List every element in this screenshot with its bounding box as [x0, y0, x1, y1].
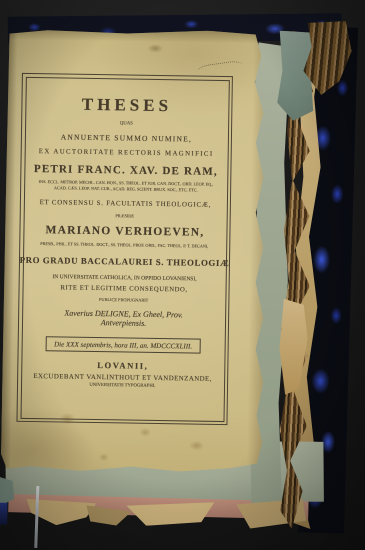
defense-date-box: Die XXX septembris, hora III, an. MDCCCX…: [46, 336, 200, 353]
pencil-scribble: [196, 60, 243, 77]
foxing-spot: [99, 453, 109, 461]
candidate-province-line: Antverpiensis.: [101, 320, 147, 330]
praeside-label: PRÆSIDE: [116, 214, 135, 219]
foxing-spot: [139, 428, 151, 437]
paper-tatter: [126, 502, 216, 527]
quas-line: QUAS: [120, 121, 133, 126]
stain: [147, 44, 163, 53]
page-left-shadow: [1, 24, 18, 472]
rector-name: PETRI FRANC. XAV. DE RAM,: [34, 163, 218, 178]
imprint-role: UNIVERSITATIS TYPOGRAPHI.: [89, 383, 155, 389]
degree-line: PRO GRADU BACCALAUREI S. THEOLOGIÆ: [20, 256, 230, 269]
thesis-title: THESES: [82, 95, 172, 115]
foxing-spot: [189, 441, 204, 451]
imprint-printer: EXCUDEBANT VANLINTHOUT ET VANDENZANDE,: [33, 373, 212, 383]
rite-line: RITE ET LEGITIME CONSEQUENDO,: [60, 284, 187, 293]
blue-fragment-bottom-left: [0, 503, 7, 525]
defense-label: PUBLICE PROPUGNABIT: [99, 298, 148, 304]
praeses-titles: PRESB., PHIL. ET SS. THEOL. DOCT., SS. T…: [41, 242, 209, 249]
authority-line: EX AUCTORITATE RECTORIS MAGNIFICI: [39, 148, 214, 158]
university-line: IN UNIVERSITATE CATHOLICA, IN OPPIDO LOV…: [52, 274, 196, 282]
photo-of-book: THESES QUAS ANNUENTE SUMMO NUMINE, EX AU…: [0, 0, 365, 550]
book: THESES QUAS ANNUENTE SUMMO NUMINE, EX AU…: [0, 0, 365, 550]
double-rule-frame: THESES QUAS ANNUENTE SUMMO NUMINE, EX AU…: [16, 73, 232, 425]
rector-titles-line2: ACAD. CÆS. LEOP. NAT. CUR., ACAD. REG. S…: [54, 187, 198, 194]
invocation-line: ANNUENTE SUMMO NUMINE,: [61, 133, 192, 143]
title-text-block: THESES QUAS ANNUENTE SUMMO NUMINE, EX AU…: [20, 76, 229, 421]
title-page-sheet: THESES QUAS ANNUENTE SUMMO NUMINE, EX AU…: [1, 24, 276, 476]
faculty-consent-line: ET CONSENSU S. FACULTATIS THEOLOGICÆ,: [40, 200, 212, 210]
imprint-city: LOVANII,: [97, 361, 148, 371]
praeses-name: MARIANO VERHOEVEN,: [45, 225, 204, 240]
